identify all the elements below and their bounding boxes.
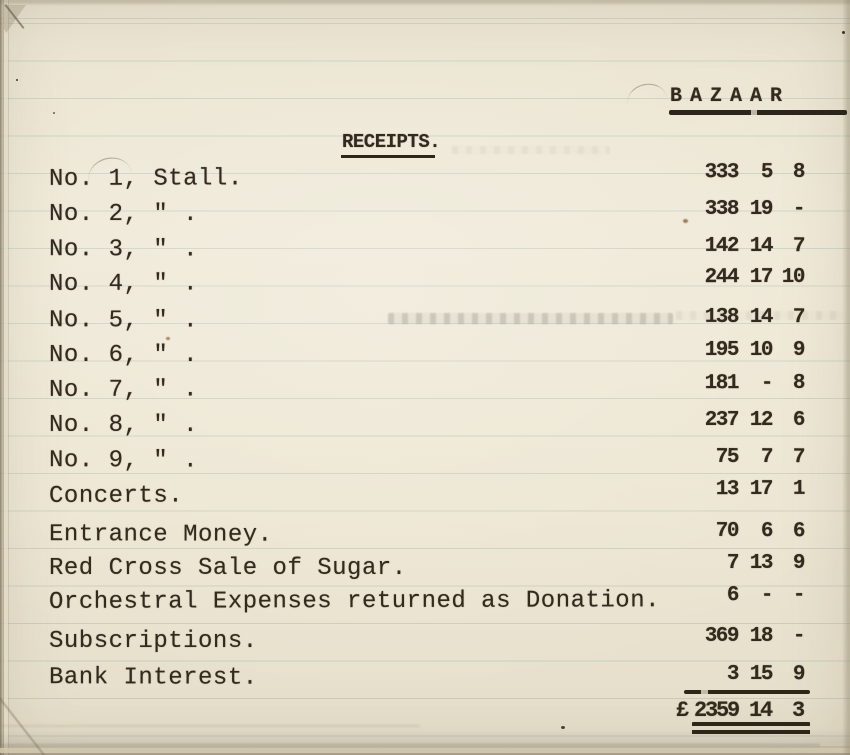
receipt-label: No. 3, " . [49, 236, 198, 263]
receipt-row: No. 6, " . 195 10 9 [0, 342, 850, 372]
receipt-row: Red Cross Sale of Sugar. 7 13 9 [0, 555, 850, 585]
ink-smudge [452, 146, 610, 154]
amount-pounds: 338 [650, 198, 738, 221]
amount-pence: 9 [776, 552, 804, 575]
amount-pence: - [776, 625, 804, 648]
amount-pounds: 75 [650, 446, 738, 469]
receipt-row: No. 1, Stall. 333 5 8 [0, 164, 850, 196]
section-heading: RECEIPTS. [342, 131, 440, 153]
paper-edge-top [0, 0, 850, 6]
amount-pounds: 195 [650, 339, 738, 362]
amount-pounds: 13 [650, 478, 738, 501]
paper-speck [842, 31, 845, 34]
amount-pounds: 70 [650, 520, 738, 543]
amount-pounds: 244 [650, 266, 738, 289]
amount-pounds: 237 [650, 409, 738, 432]
amount-shillings: 15 [742, 663, 772, 686]
amount-shillings: - [742, 584, 772, 607]
receipt-label: No. 7, " . [49, 376, 198, 403]
amount-pounds: 3 [650, 663, 738, 686]
amount-shillings: 14 [742, 306, 772, 329]
amount-pence: 7 [776, 306, 804, 329]
amount-pence: 7 [776, 235, 804, 258]
bottom-crease [0, 744, 820, 746]
amount-pounds: 138 [650, 306, 738, 329]
receipt-label: Subscriptions. [49, 628, 258, 655]
amount-pounds: 142 [650, 235, 738, 258]
total-rule-above [684, 690, 810, 694]
receipt-label: No. 2, " . [49, 201, 198, 228]
receipt-row: No. 2, " . 338 19 - [0, 201, 850, 231]
receipt-label: No. 5, " . [49, 307, 198, 334]
page-title: BAZAAR [670, 85, 790, 108]
amount-shillings: 18 [742, 625, 772, 648]
amount-pence: 7 [776, 446, 804, 469]
total-double-rule [692, 722, 810, 735]
amount-pence: 6 [776, 520, 804, 543]
amount-pounds: 7 [650, 552, 738, 575]
receipt-row: Orchestral Expenses returned as Donation… [0, 587, 850, 619]
amount-shillings: 10 [742, 339, 772, 362]
amount-shillings: 5 [742, 161, 772, 184]
receipt-row: No. 7, " . 181 - 8 [0, 375, 850, 407]
document-page: BAZAAR RECEIPTS. No. 1, Stall. 333 5 8 N… [0, 0, 850, 755]
receipt-row: Concerts. 13 17 1 [0, 481, 850, 513]
amount-shillings: 13 [742, 552, 772, 575]
amount-shillings: 17 [742, 266, 772, 289]
receipt-label: No. 4, " . [49, 270, 198, 297]
amount-pence: 6 [776, 409, 804, 432]
paper-speck [16, 79, 18, 81]
amount-pence: 9 [776, 663, 804, 686]
title-underline [669, 110, 847, 115]
paper-speck [53, 112, 55, 114]
pencil-mark [625, 81, 667, 105]
receipt-label: No. 9, " . [49, 447, 198, 474]
total-pounds: 2359 [650, 698, 738, 723]
amount-pence: - [776, 198, 804, 221]
amount-pounds: 369 [650, 625, 738, 648]
amount-shillings: 14 [742, 235, 772, 258]
amount-shillings: 17 [742, 478, 772, 501]
total-shillings: 14 [741, 698, 771, 723]
receipt-row: No. 9, " . 75 7 7 [0, 447, 850, 479]
amount-pence: 9 [776, 339, 804, 362]
section-heading-underline [341, 155, 435, 158]
receipt-label: Orchestral Expenses returned as Donation… [49, 587, 660, 616]
amount-shillings: 19 [742, 198, 772, 221]
receipt-label: Red Cross Sale of Sugar. [49, 555, 407, 582]
total-pence: 3 [775, 698, 803, 723]
receipt-row: Subscriptions. 369 18 - [0, 628, 850, 658]
receipt-row: No. 8, " . 237 12 6 [0, 412, 850, 442]
amount-pence: 8 [776, 372, 804, 395]
amount-pounds: 181 [650, 372, 738, 395]
receipt-row: No. 5, " . 138 14 7 [0, 307, 850, 339]
receipt-label: No. 6, " . [49, 342, 198, 369]
receipt-label: Bank Interest. [49, 664, 258, 692]
amount-pence: 10 [776, 266, 804, 289]
receipt-label: No. 1, Stall. [49, 165, 243, 193]
receipt-label: Concerts. [49, 483, 183, 510]
amount-shillings: 6 [742, 520, 772, 543]
amount-shillings: 7 [742, 446, 772, 469]
amount-pence: - [776, 584, 804, 607]
amount-pence: 1 [776, 478, 804, 501]
receipt-row: No. 3, " . 142 14 7 [0, 236, 850, 268]
amount-pounds: 333 [650, 161, 738, 184]
receipt-label: No. 8, " . [49, 412, 198, 439]
receipt-row: No. 4, " . 244 17 10 [0, 269, 850, 301]
amount-shillings: 12 [742, 409, 772, 432]
receipt-row: Entrance Money. 70 6 6 [0, 521, 850, 553]
amount-pence: 8 [776, 161, 804, 184]
amount-pounds: 6 [650, 584, 738, 607]
amount-shillings: - [742, 372, 772, 395]
receipt-label: Entrance Money. [49, 521, 273, 549]
paper-speck [561, 726, 565, 729]
